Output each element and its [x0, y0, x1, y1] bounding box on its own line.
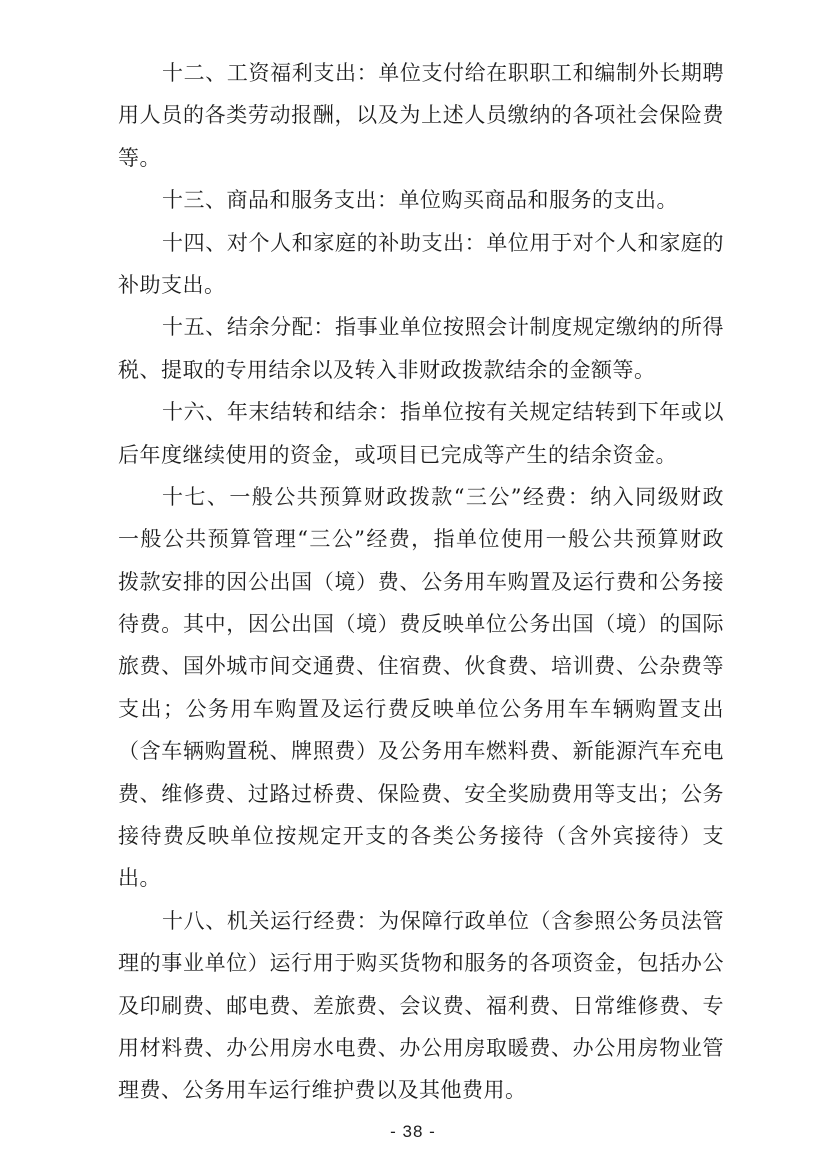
text-line: 后年度继续使用的资金，或项目已完成等产生的结余资金。	[118, 434, 724, 476]
paragraph: 十二、工资福利支出：单位支付给在职职工和编制外长期聘用人员的各类劳动报酬，以及为…	[118, 52, 724, 179]
text-line: 支出；公务用车购置及运行费反映单位公务用车车辆购置支出	[118, 688, 724, 730]
text-line: 补助支出。	[118, 264, 724, 306]
text-line: 旅费、国外城市间交通费、住宿费、伙食费、培训费、公杂费等	[118, 645, 724, 687]
text-line: 一般公共预算管理“三公”经费，指单位使用一般公共预算财政	[118, 518, 724, 560]
text-line: 十六、年末结转和结余：指单位按有关规定结转到下年或以	[118, 391, 724, 433]
text-line: 出。	[118, 857, 724, 899]
text-line: 理的事业单位）运行用于购买货物和服务的各项资金，包括办公	[118, 942, 724, 984]
text-line: 十四、对个人和家庭的补助支出：单位用于对个人和家庭的	[118, 222, 724, 264]
text-line: 等。	[118, 137, 724, 179]
paragraph: 十八、机关运行经费：为保障行政单位（含参照公务员法管理的事业单位）运行用于购买货…	[118, 900, 724, 1112]
paragraph: 十五、结余分配：指事业单位按照会计制度规定缴纳的所得税、提取的专用结余以及转入非…	[118, 306, 724, 391]
page-number: - 38 -	[0, 1122, 826, 1142]
text-line: 十七、一般公共预算财政拨款“三公”经费：纳入同级财政	[118, 476, 724, 518]
text-line: 理费、公务用车运行维护费以及其他费用。	[118, 1069, 724, 1111]
text-line: 十五、结余分配：指事业单位按照会计制度规定缴纳的所得	[118, 306, 724, 348]
text-line: 十三、商品和服务支出：单位购买商品和服务的支出。	[118, 179, 724, 221]
paragraph: 十四、对个人和家庭的补助支出：单位用于对个人和家庭的补助支出。	[118, 222, 724, 307]
text-line: 十八、机关运行经费：为保障行政单位（含参照公务员法管	[118, 900, 724, 942]
text-line: 十二、工资福利支出：单位支付给在职职工和编制外长期聘	[118, 52, 724, 94]
paragraph: 十六、年末结转和结余：指单位按有关规定结转到下年或以后年度继续使用的资金，或项目…	[118, 391, 724, 476]
paragraph: 十七、一般公共预算财政拨款“三公”经费：纳入同级财政一般公共预算管理“三公”经费…	[118, 476, 724, 900]
text-line: 费、维修费、过路过桥费、保险费、安全奖励费用等支出；公务	[118, 773, 724, 815]
paragraph: 十三、商品和服务支出：单位购买商品和服务的支出。	[118, 179, 724, 221]
text-line: 税、提取的专用结余以及转入非财政拨款结余的金额等。	[118, 349, 724, 391]
document-page: 十二、工资福利支出：单位支付给在职职工和编制外长期聘用人员的各类劳动报酬，以及为…	[0, 0, 826, 1169]
text-line: 用材料费、办公用房水电费、办公用房取暖费、办公用房物业管	[118, 1027, 724, 1069]
text-line: 及印刷费、邮电费、差旅费、会议费、福利费、日常维修费、专	[118, 985, 724, 1027]
text-line: （含车辆购置税、牌照费）及公务用车燃料费、新能源汽车充电	[118, 730, 724, 772]
text-line: 接待费反映单位按规定开支的各类公务接待（含外宾接待）支	[118, 815, 724, 857]
text-line: 拨款安排的因公出国（境）费、公务用车购置及运行费和公务接	[118, 561, 724, 603]
text-line: 用人员的各类劳动报酬，以及为上述人员缴纳的各项社会保险费	[118, 94, 724, 136]
text-line: 待费。其中，因公出国（境）费反映单位公务出国（境）的国际	[118, 603, 724, 645]
document-body: 十二、工资福利支出：单位支付给在职职工和编制外长期聘用人员的各类劳动报酬，以及为…	[118, 52, 724, 1112]
